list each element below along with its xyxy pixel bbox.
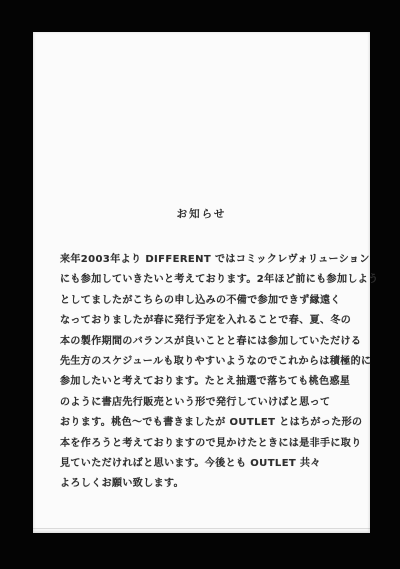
notice-line: 本の製作期間のバランスが良いことと春には参加していただける [60,332,355,352]
notice-line: おります。桃色～でも書きましたが OUTLET とはちがった形の [60,413,355,433]
notice-line: 先生方のスケジュールも取りやすいようなのでこれからは積極的に [60,352,355,372]
notice-line: 本を作ろうと考えておりますので見かけたときには是非手に取り [60,434,355,454]
notice-title: お知らせ [33,206,370,221]
notice-line: 参加したいと考えております。たとえ抽選で落ちても桃色惑星 [60,372,355,392]
notice-line: なっておりましたが春に発行予定を入れることで春、夏、冬の [60,311,355,331]
notice-line: 見ていただければと思います。今後とも OUTLET 共々 [60,454,355,474]
notice-page: お知らせ 来年2003年より DIFFERENT ではコミックレヴォリューション… [33,32,370,533]
notice-line: にも参加していきたいと考えております。2年ほど前にも参加しよう [60,270,355,290]
notice-line: 来年2003年より DIFFERENT ではコミックレヴォリューション [60,250,355,270]
notice-line: としてましたがこちらの申し込みの不備で参加できず縁遠く [60,291,355,311]
notice-line: のように書店先行販売という形で発行していけばと思って [60,393,355,413]
notice-body: 来年2003年より DIFFERENT ではコミックレヴォリューション にも参加… [60,250,355,495]
scan-black-border: お知らせ 来年2003年より DIFFERENT ではコミックレヴォリューション… [0,0,400,569]
notice-line: よろしくお願い致します。 [60,474,355,494]
